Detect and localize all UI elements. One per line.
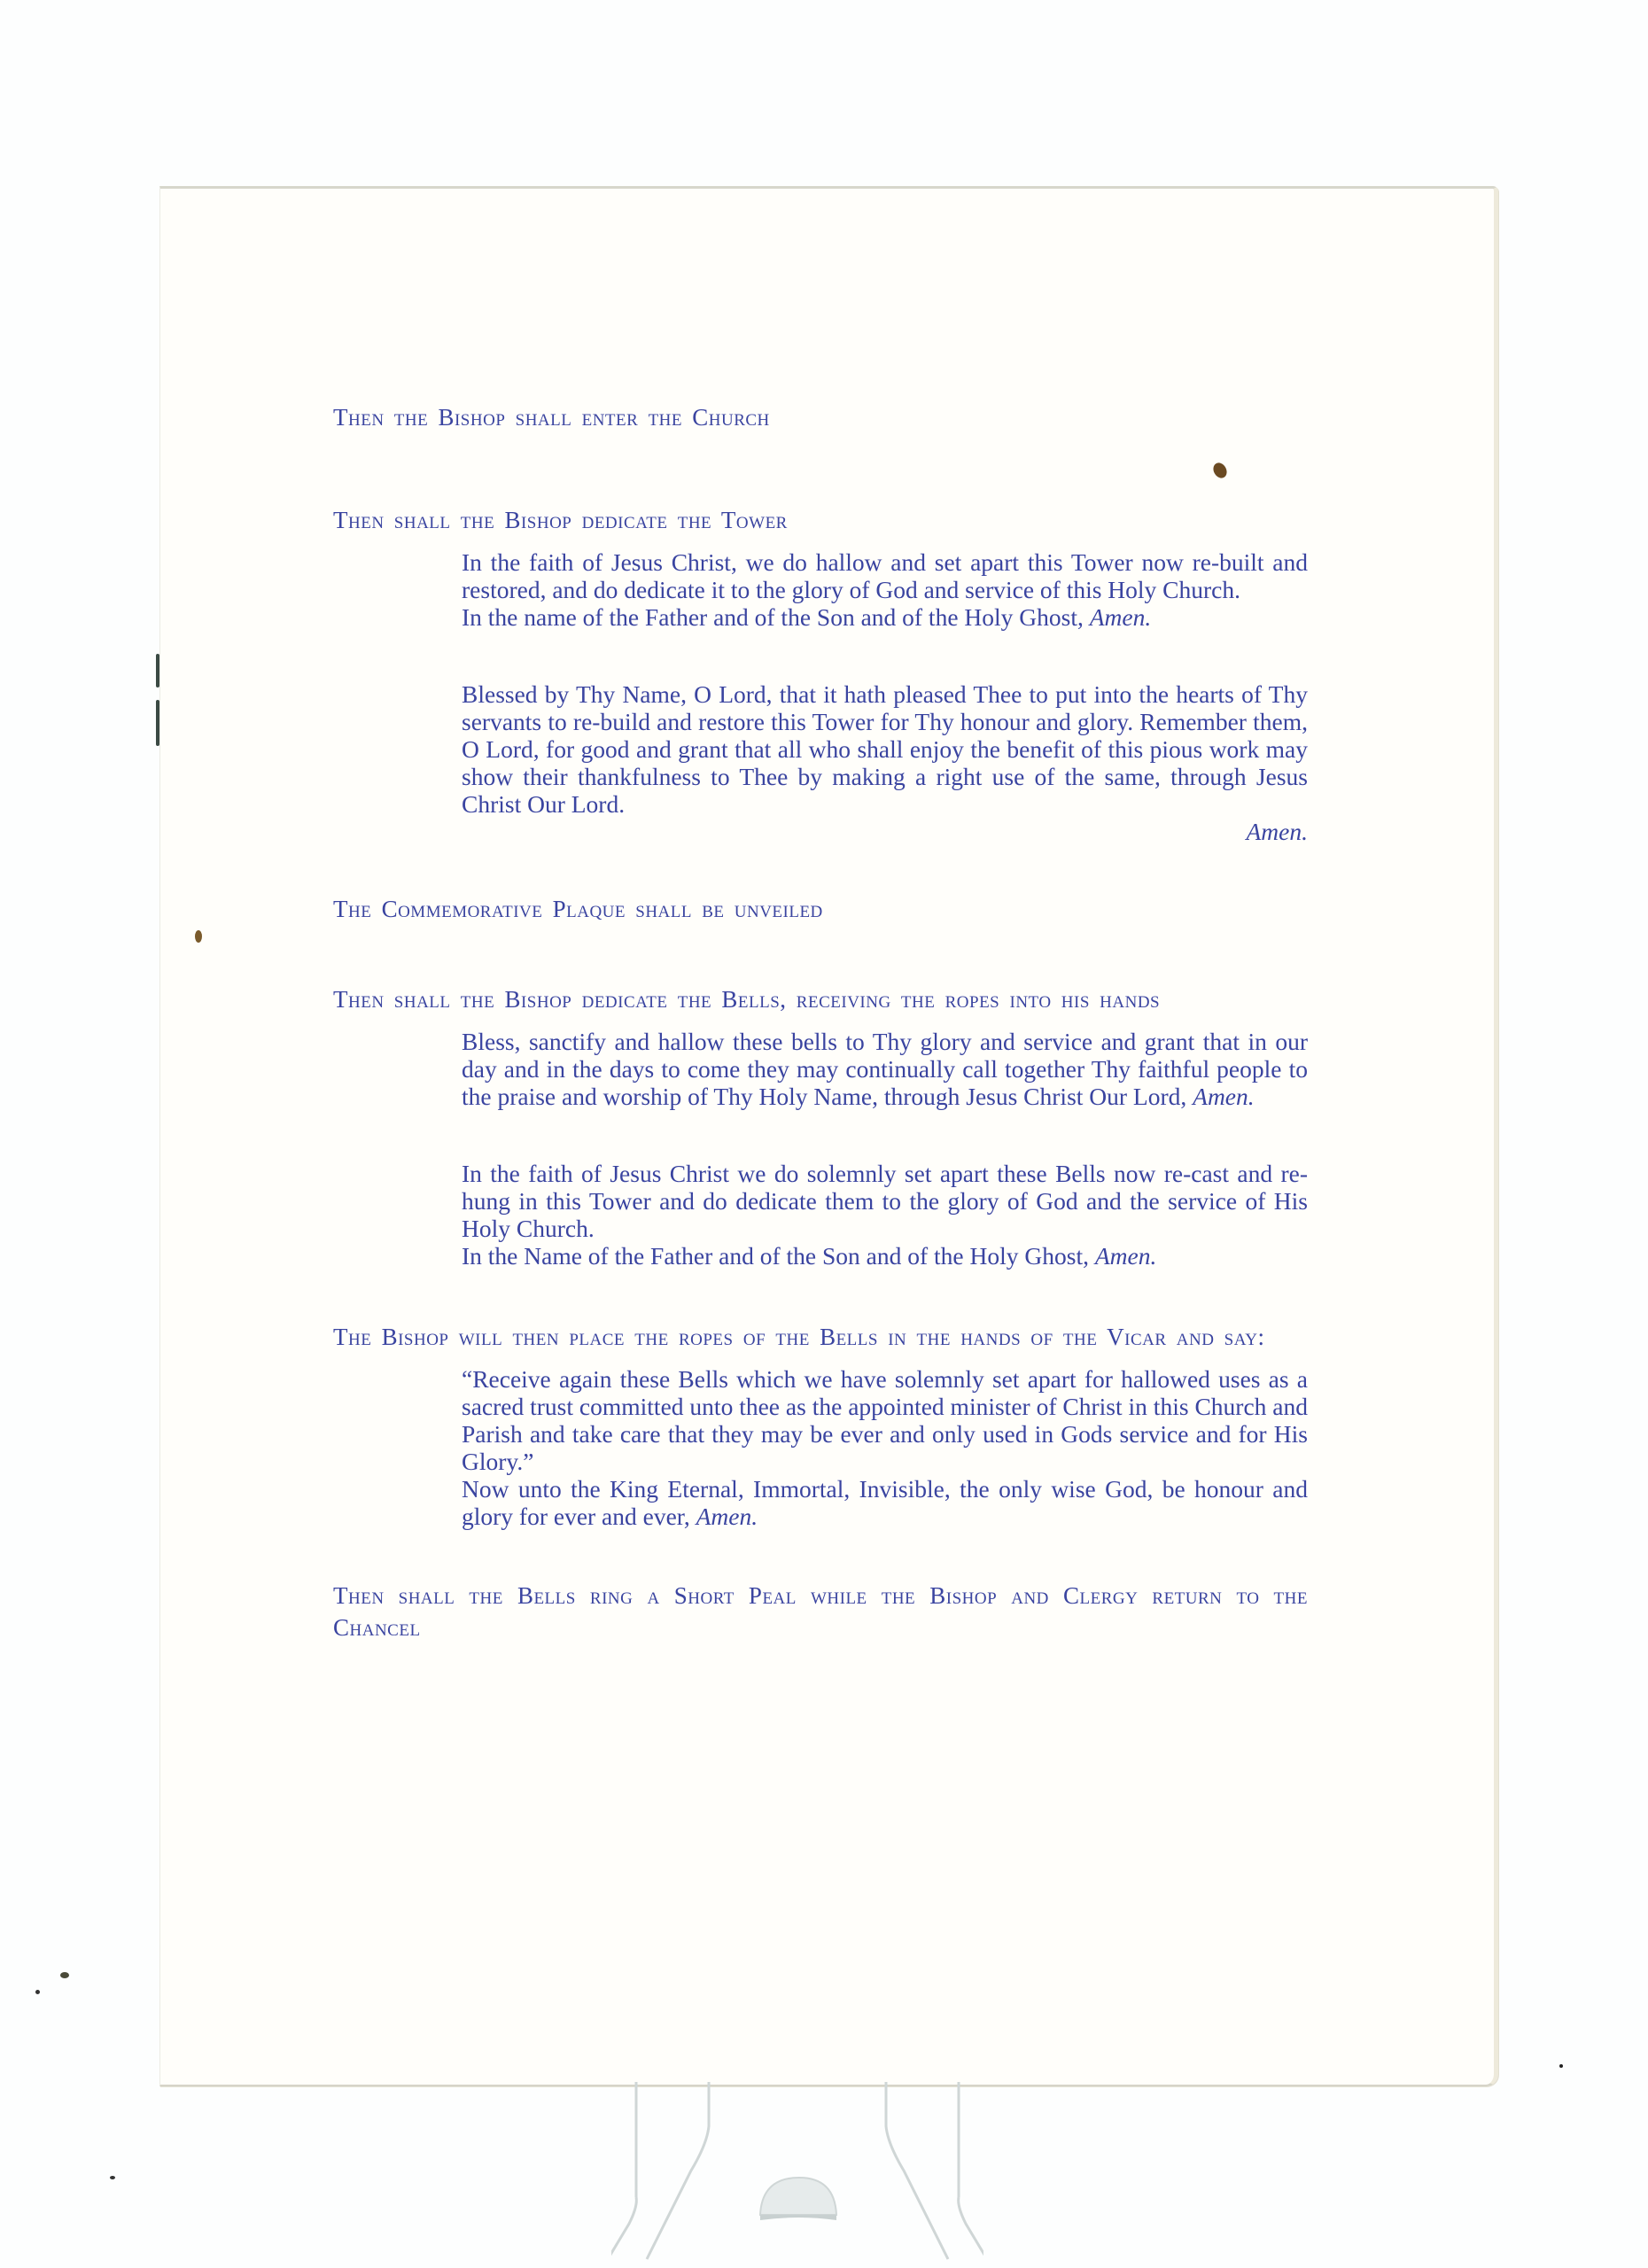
prayer-blessed-name: Blessed by Thy Name, O Lord, that it hat… [462, 680, 1308, 845]
prayer-bless-bells: Bless, sanctify and hallow these bells t… [462, 1028, 1308, 1110]
amen: Amen. [1247, 818, 1309, 845]
display-stand [611, 2082, 983, 2268]
rubric-dedicate-tower: Then shall the Bishop dedicate the Tower [333, 504, 1308, 536]
staple-mark [156, 654, 159, 687]
prayer-text: Bless, sanctify and hallow these bells t… [462, 1028, 1308, 1110]
paper-speck [60, 1972, 69, 1978]
stand-outline-icon [611, 2082, 983, 2268]
order-of-service: Then the Bishop shall enter the Church T… [333, 401, 1308, 1643]
amen: Amen. [1090, 603, 1152, 631]
prayer-text: In the faith of Jesus Christ, we do hall… [462, 548, 1308, 603]
staple-mark [156, 700, 159, 746]
prayer-text: Blessed by Thy Name, O Lord, that it hat… [462, 680, 1308, 818]
prayer-text: In the faith of Jesus Christ we do solem… [462, 1160, 1308, 1242]
rubric-plaque-unveiled: The Commemorative Plaque shall be unveil… [333, 893, 1308, 925]
prayer-text: In the name of the Father and of the Son… [462, 603, 1308, 631]
paper-speck [110, 2176, 115, 2179]
paper-speck [35, 1990, 40, 1994]
prayer-text: “Receive again these Bells which we have… [462, 1365, 1308, 1475]
rubric-dedicate-bells: Then shall the Bishop dedicate the Bells… [333, 983, 1308, 1015]
paper-speck [195, 930, 202, 943]
paper-speck [1559, 2064, 1563, 2068]
prayer-text: Now unto the King Eternal, Immortal, Inv… [462, 1475, 1308, 1530]
prayer-amen-line: Amen. [462, 818, 1308, 845]
prayer-text: In the Name of the Father and of the Son… [462, 1242, 1308, 1270]
amen: Amen. [696, 1503, 758, 1530]
rubric-short-peal: Then shall the Bells ring a Short Peal w… [333, 1580, 1308, 1643]
rubric-bishop-enters: Then the Bishop shall enter the Church [333, 401, 1308, 433]
amen: Amen. [1095, 1242, 1157, 1270]
prayer-receive-bells: “Receive again these Bells which we have… [462, 1365, 1308, 1530]
amen: Amen. [1193, 1083, 1255, 1110]
prayer-tower-dedication: In the faith of Jesus Christ, we do hall… [462, 548, 1308, 631]
prayer-bells-set-apart: In the faith of Jesus Christ we do solem… [462, 1160, 1308, 1270]
rubric-ropes-to-vicar: The Bishop will then place the ropes of … [333, 1321, 1308, 1353]
booklet-page: Then the Bishop shall enter the Church T… [159, 186, 1498, 2086]
